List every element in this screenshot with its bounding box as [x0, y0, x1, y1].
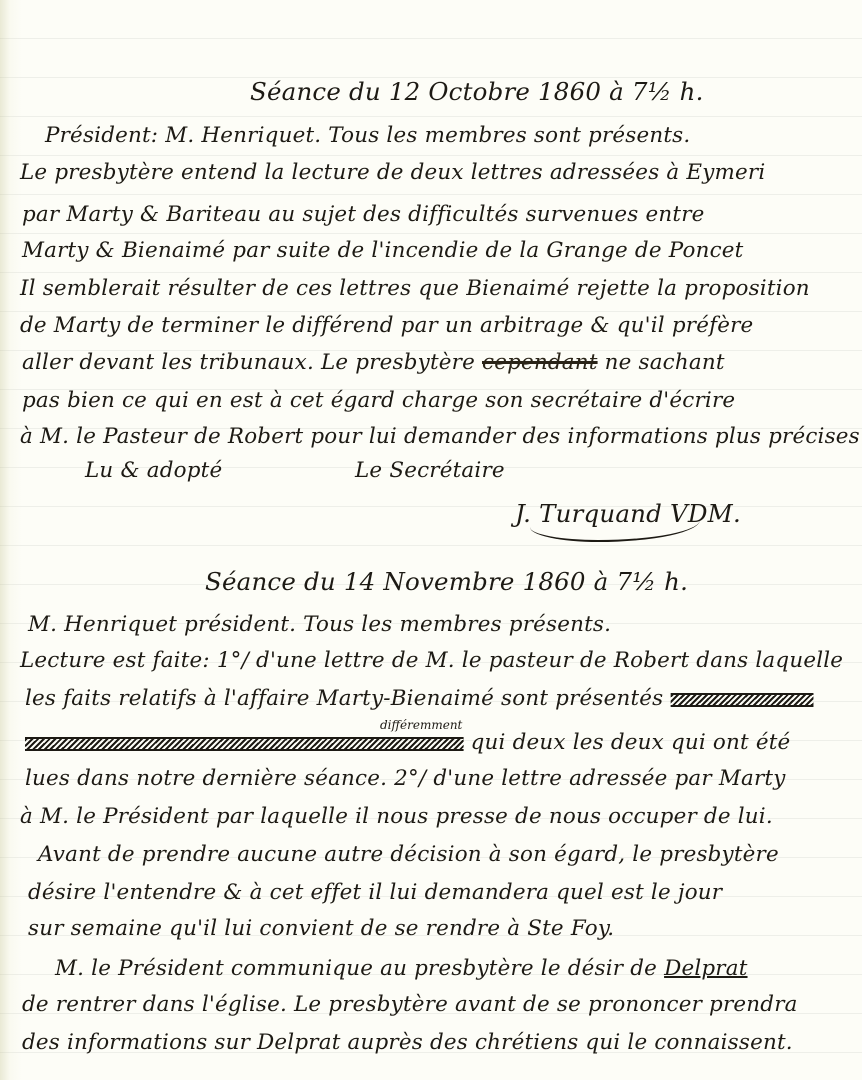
session1-line-4: Marty & Bienaimé par suite de l'incendie… — [22, 238, 743, 262]
session1-line-8: pas bien ce qui en est à cet égard charg… — [22, 388, 735, 412]
session1-line-7-end: ne sachant — [605, 350, 725, 374]
session2-heading: Séance du 14 Novembre 1860 à 7½ h. — [205, 568, 688, 596]
session2-line-11: de rentrer dans l'église. Le presbytère … — [22, 992, 798, 1016]
session1-line-2: Le presbytère entend la lecture de deux … — [20, 160, 765, 184]
struck-word: cependant — [482, 350, 598, 374]
session2-line-7: Avant de prendre aucune autre décision à… — [38, 842, 779, 866]
session1-line-5: Il semblerait résulter de ces lettres qu… — [20, 276, 810, 300]
session2-line-12: des informations sur Delprat auprès des … — [22, 1030, 793, 1054]
session2-line-6: à M. le Président par laquelle il nous p… — [20, 804, 773, 828]
session2-line-3-text: les faits relatifs à l'affaire Marty-Bie… — [25, 686, 663, 710]
session1-line-6: de Marty de terminer le différend par un… — [20, 313, 753, 337]
session1-heading: Séance du 12 Octobre 1860 à 7½ h. — [250, 78, 704, 106]
session2-line-10: M. le Président communique au presbytère… — [55, 956, 748, 980]
session2-line-5: lues dans notre dernière séance. 2°/ d'u… — [25, 766, 786, 790]
approval-note: Lu & adopté — [85, 458, 222, 482]
underlined-name: Delprat — [664, 956, 747, 980]
session2-line-3: les faits relatifs à l'affaire Marty-Bie… — [25, 686, 813, 710]
session1-line-9: à M. le Pasteur de Robert pour lui deman… — [20, 424, 860, 448]
signature-flourish — [530, 505, 700, 542]
session1-line-7: aller devant les tribunaux. Le presbytèr… — [22, 350, 725, 374]
session1-line-3: par Marty & Bariteau au sujet des diffic… — [22, 202, 705, 226]
session2-line-4: qui deux les deux qui ont été — [25, 730, 790, 754]
session2-line-1: M. Henriquet président. Tous les membres… — [28, 612, 611, 636]
session1-line-7-text: aller devant les tribunaux. Le presbytèr… — [22, 350, 475, 374]
session2-line-2: Lecture est faite: 1°/ d'une lettre de M… — [20, 648, 843, 672]
session2-line-9: sur semaine qu'il lui convient de se ren… — [28, 916, 614, 940]
crossed-out-text — [670, 693, 813, 707]
session2-line-10-text: M. le Président communique au presbytère… — [55, 956, 657, 980]
session1-line-1: Président: M. Henriquet. Tous les membre… — [45, 123, 690, 147]
secretary-label: Le Secrétaire — [355, 458, 505, 482]
session2-line-8: désire l'entendre & à cet effet il lui d… — [28, 880, 722, 904]
session2-line-4-text: qui deux les deux qui ont été — [471, 730, 791, 754]
crossed-out-text — [25, 737, 464, 751]
manuscript-page: Séance du 12 Octobre 1860 à 7½ h. Présid… — [0, 0, 862, 1080]
